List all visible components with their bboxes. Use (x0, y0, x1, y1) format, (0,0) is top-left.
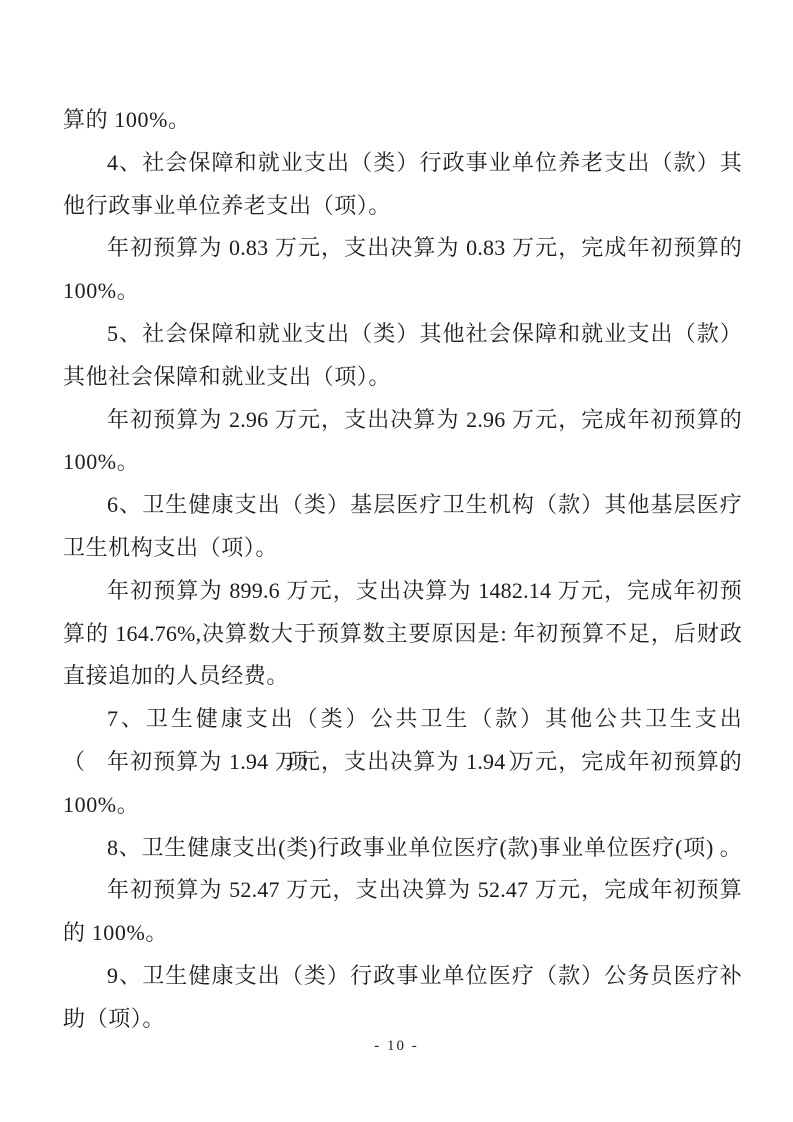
text-line: 年初预算为 1.94 万元，支出决算为 1.94 万元，完成年初预算的 (63, 741, 742, 784)
text-line: 年初预算为 0.83 万元，支出决算为 0.83 万元，完成年初预算的 (63, 227, 742, 270)
text-line: 年初预算为 899.6 万元，支出决算为 1482.14 万元，完成年初预 (63, 570, 742, 613)
text-line: 年初预算为 2.96 万元，支出决算为 2.96 万元，完成年初预算的 (63, 399, 742, 442)
text-line: 卫生机构支出（项）。 (63, 527, 742, 570)
text-line: 9、卫生健康支出（类）行政事业单位医疗（款）公务员医疗补 (63, 955, 742, 998)
text-line: 100%。 (63, 270, 742, 313)
text-line: 他行政事业单位养老支出（项）。 (63, 185, 742, 228)
text-line: 算的 164.76%,决算数大于预算数主要原因是: 年初预算不足，后财政 (63, 613, 742, 656)
document-body: 算的 100%。 4、社会保障和就业支出（类）行政事业单位养老支出（款）其 他行… (63, 99, 742, 1041)
document-page: 算的 100%。 4、社会保障和就业支出（类）行政事业单位养老支出（款）其 他行… (0, 0, 793, 1122)
text-line: 直接追加的人员经费。 (63, 655, 742, 698)
text-line: 助（项）。 (63, 998, 742, 1041)
text-line: 8、卫生健康支出(类)行政事业单位医疗(款)事业单位医疗(项) 。 (63, 827, 742, 870)
text-line: 其他社会保障和就业支出（项）。 (63, 356, 742, 399)
text-line: 5、社会保障和就业支出（类）其他社会保障和就业支出（款） (63, 313, 742, 356)
text-line: 100%。 (63, 784, 742, 827)
text-line: 算的 100%。 (63, 99, 742, 142)
text-line: 的 100%。 (63, 912, 742, 955)
page-number: - 10 - (0, 1036, 793, 1056)
text-line: 100%。 (63, 441, 742, 484)
text-line: 6、卫生健康支出（类）基层医疗卫生机构（款）其他基层医疗 (63, 484, 742, 527)
text-line: 4、社会保障和就业支出（类）行政事业单位养老支出（款）其 (63, 142, 742, 185)
text-line: 年初预算为 52.47 万元，支出决算为 52.47 万元，完成年初预算 (63, 869, 742, 912)
text-line: 7、卫生健康支出（类）公共卫生（款）其他公共卫生支出（项）。 (63, 698, 742, 741)
